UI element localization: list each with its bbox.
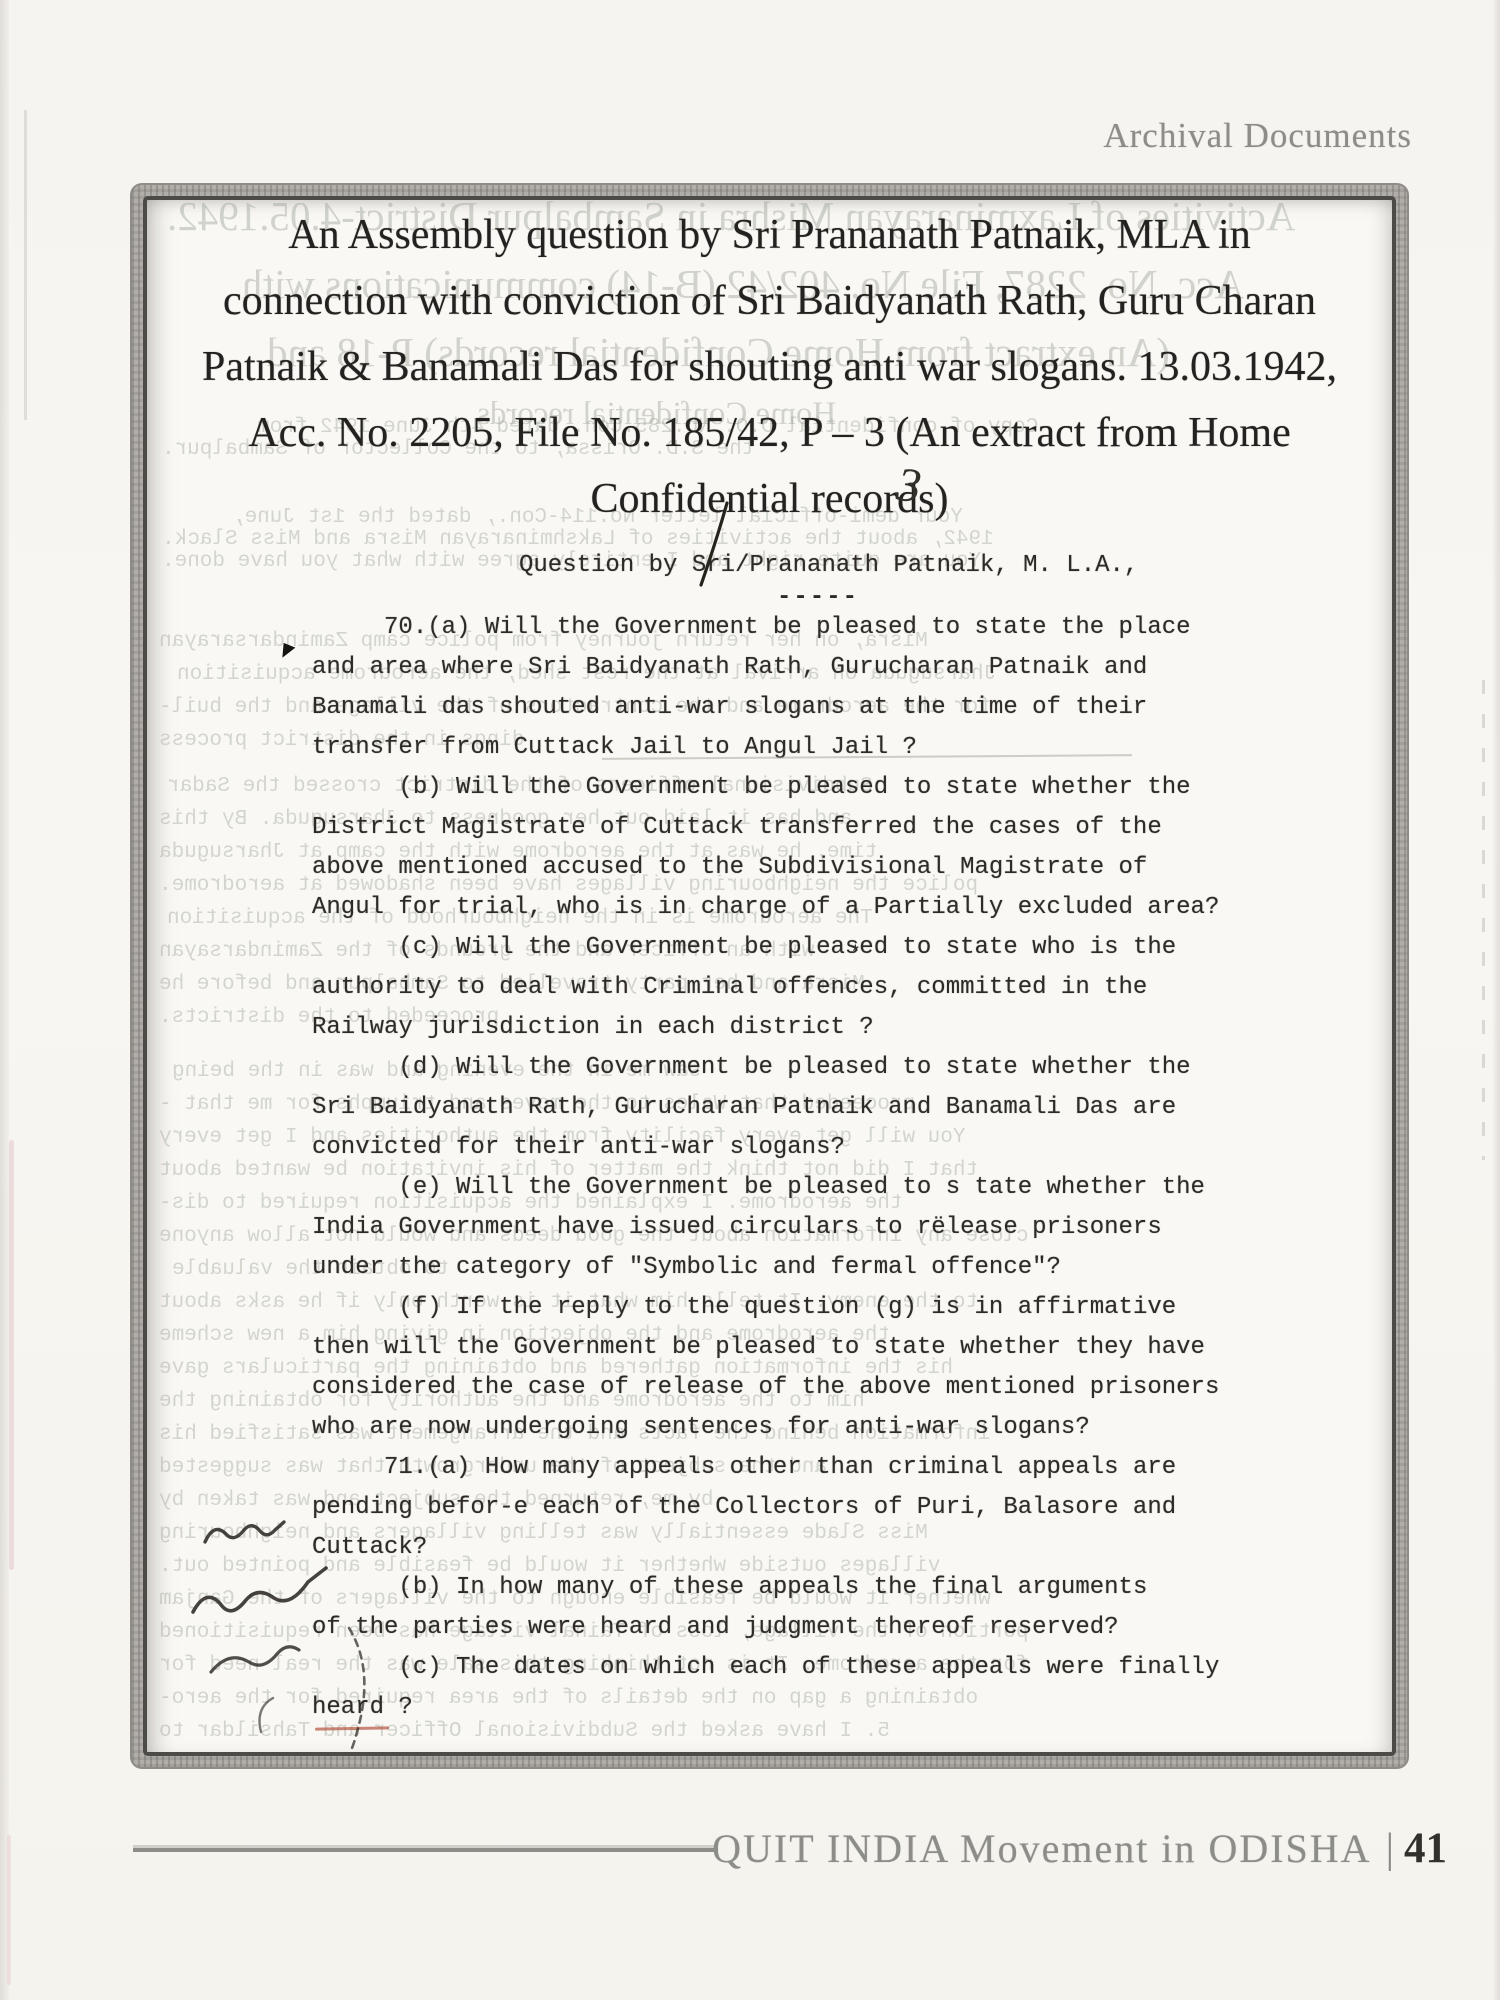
footer-book-title: QUIT INDIA Movement in ODISHA [712,1826,1371,1871]
section-header-label: Archival Documents [1103,116,1412,156]
handwritten-scribbles [177,1490,437,1755]
page-edge-shadow-left [0,0,9,2000]
question-70-part-a: 70.(a) Will the Government be pleased to… [312,608,1356,768]
question-70-part-f: (f) If the reply to the question (g) is … [312,1288,1356,1448]
question-71-part-b: (b) In how many of these appeals the fin… [312,1568,1356,1648]
typed-question-body: 70.(a) Will the Government be pleased to… [312,608,1356,1728]
handwritten-slash-mark [692,498,734,595]
scanned-book-page: Archival Documents Activities of Laxmina… [0,0,1500,2000]
document-paper: Activities of Laxminarayan Mishra in Sam… [143,196,1396,1756]
document-border-frame: Activities of Laxminarayan Mishra in Sam… [130,183,1409,1769]
question-70-part-b: (b) Will the Government be pleased to st… [312,768,1356,928]
scan-streak-pink-bottom [7,1835,11,1985]
footer-rule [133,1848,718,1852]
footer: QUIT INDIA Movement in ODISHA|41 [712,1824,1447,1873]
scan-dash-marks-right [1482,680,1485,1160]
footer-separator: | [1372,1826,1404,1872]
question-70-part-d: (d) Will the Government be pleased to st… [312,1048,1356,1168]
footer-page-number: 41 [1404,1825,1447,1872]
question-71-part-c: (c) The dates on which each of these app… [312,1648,1356,1728]
document-heading: An Assembly question by Sri Prananath Pa… [147,202,1392,532]
question-71-part-a: 71.(a) How many appeals other than crimi… [312,1448,1356,1568]
scan-streak-grey [24,110,27,420]
question-70-part-c: (c) Will the Government be pleased to st… [312,928,1356,1048]
caption-underline-dashes: ----- [777,584,859,611]
question-caption: Question by Sri/Prananath Patnaik, M. L.… [519,552,1138,579]
scan-streak-pink [9,1140,14,1570]
typed-asterisk-mark: * [850,944,861,964]
question-70-part-e: (e) Will the Government be pleased to s … [312,1168,1356,1288]
page-edge-shadow-right [1493,0,1500,2000]
